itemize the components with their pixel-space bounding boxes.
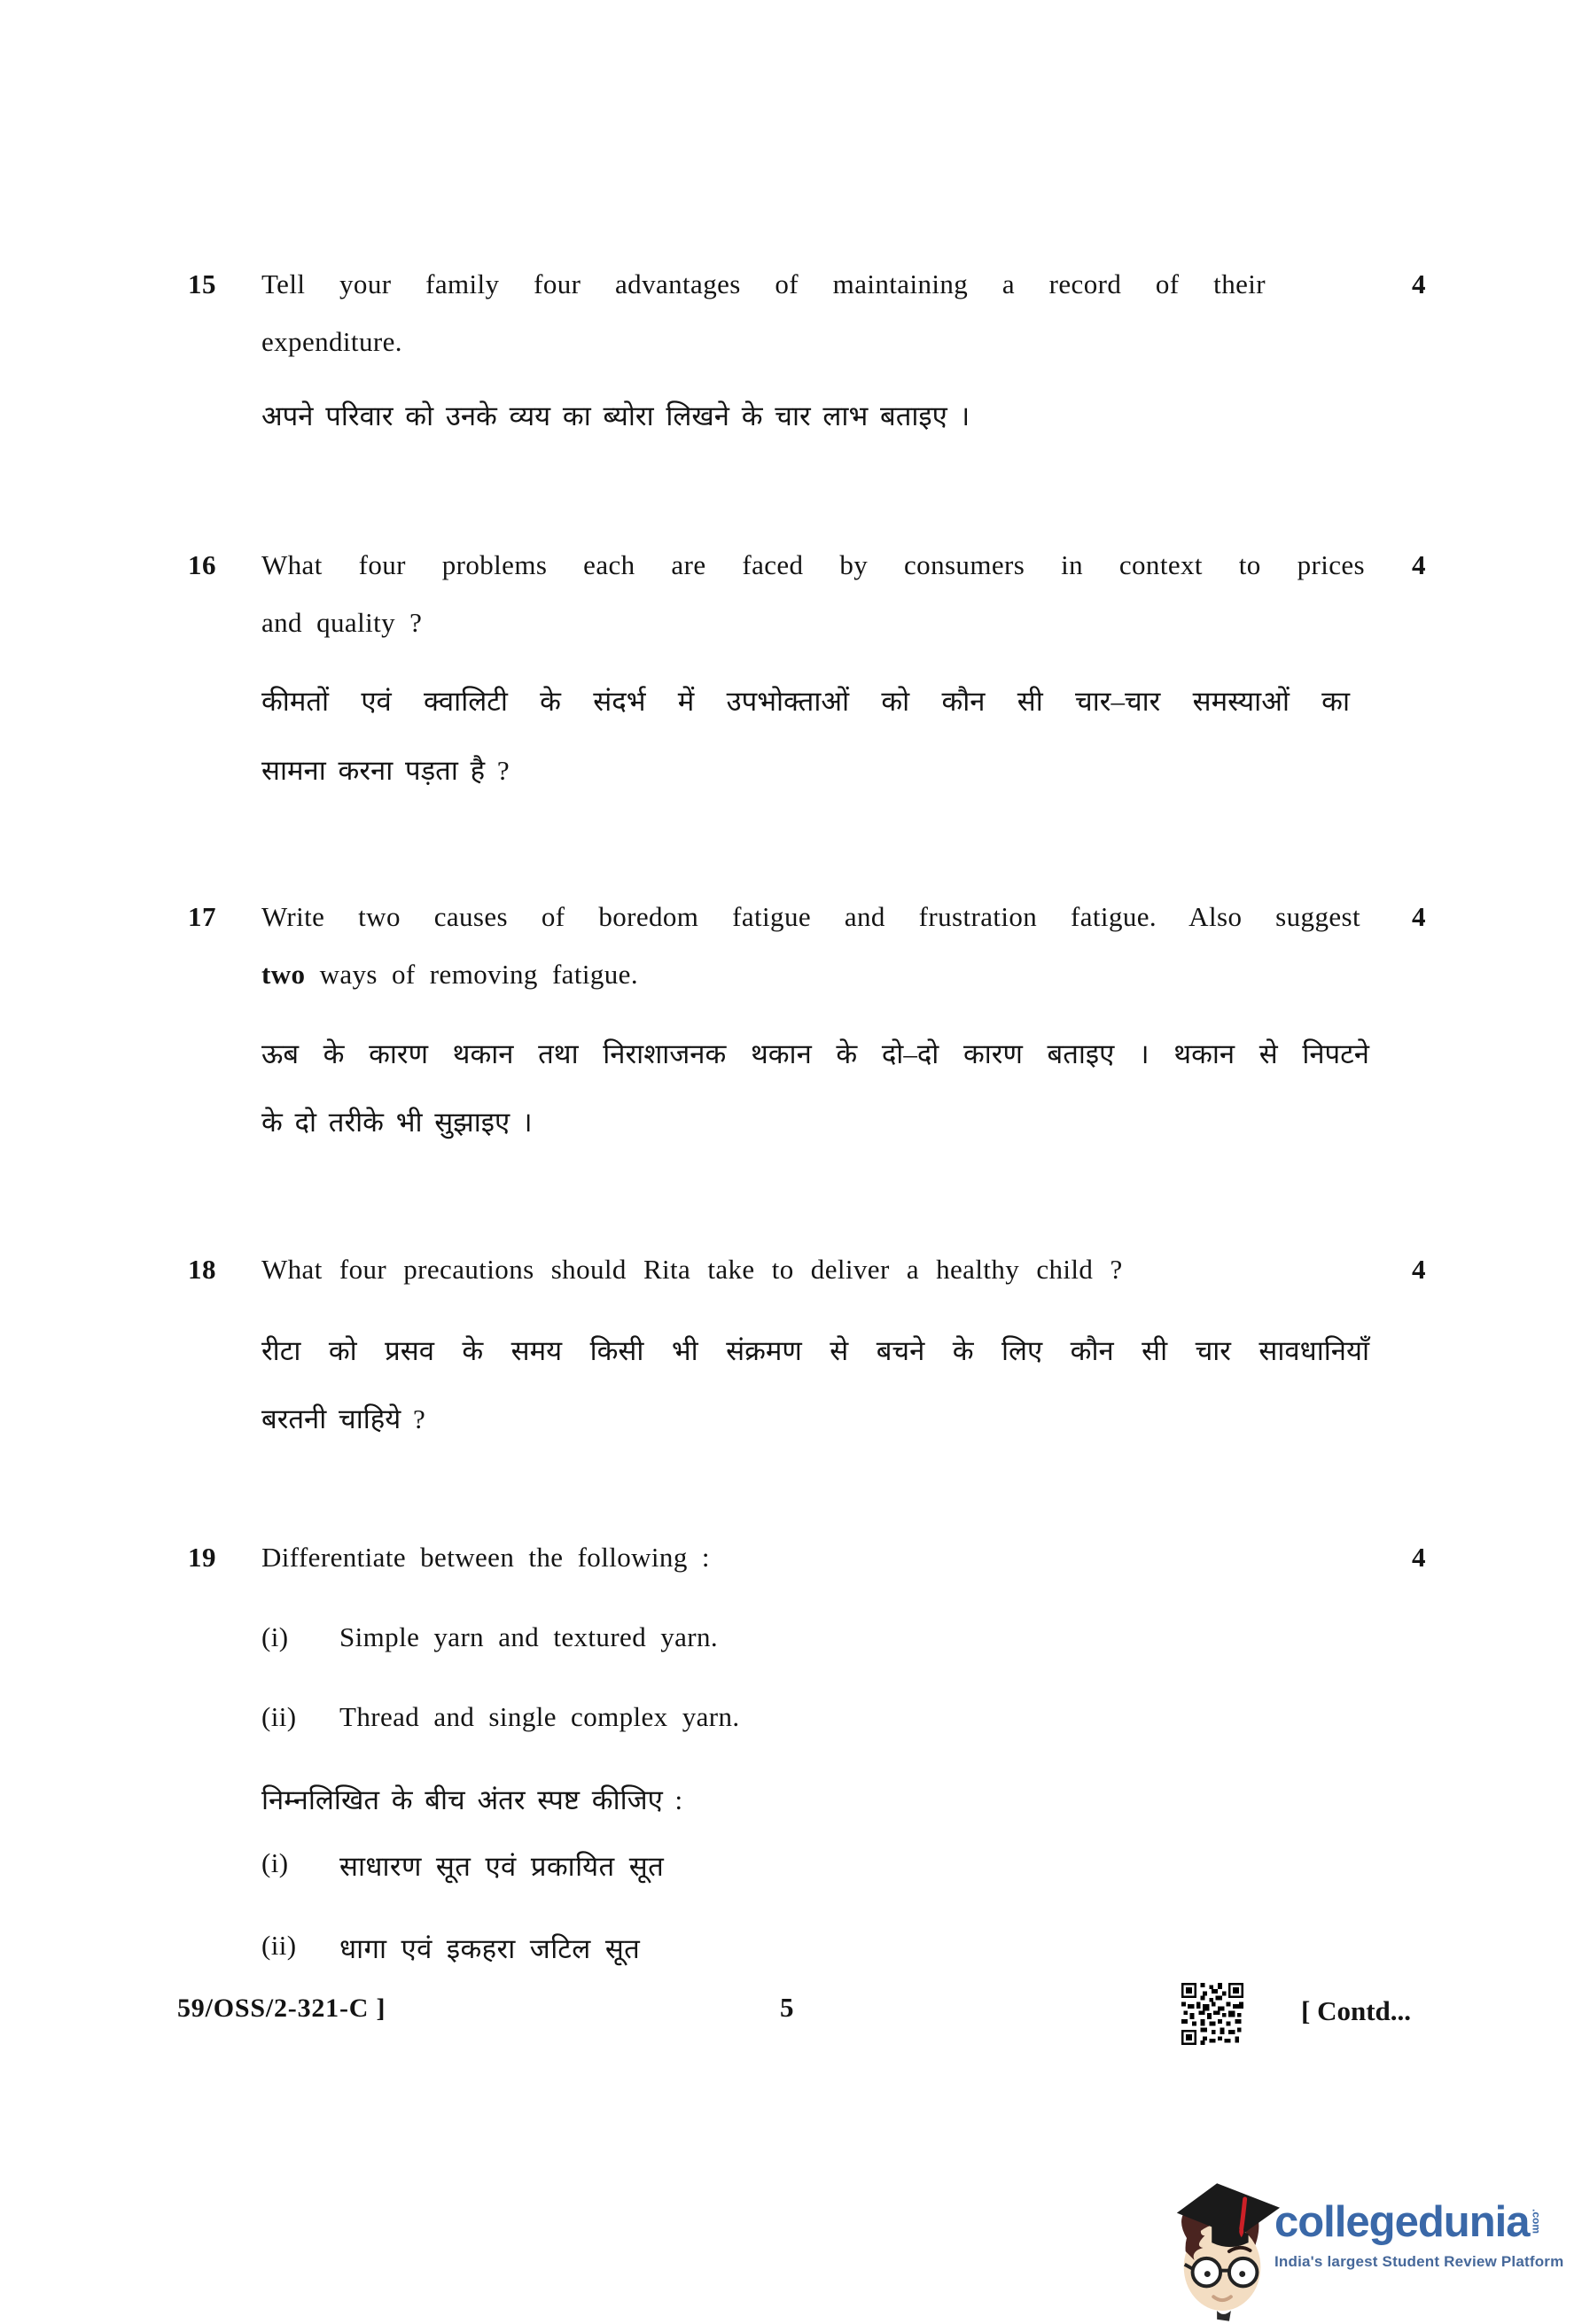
question-17-bold-word: two bbox=[261, 959, 305, 990]
question-19-hi-item-1-text: साधारण सूत एवं प्रकायित सूत bbox=[339, 1847, 664, 1885]
question-16-hi-line-2: सामना करना पड़ता है ? bbox=[261, 751, 510, 789]
question-18-marks: 4 bbox=[1412, 1254, 1426, 1286]
question-19-number: 19 bbox=[188, 1542, 216, 1574]
question-17-en-line-1: Write two causes of boredom fatigue and … bbox=[261, 901, 1360, 933]
question-17-hi-line-1: ऊब के कारण थकान तथा निराशाजनक थकान के दो… bbox=[261, 1035, 1369, 1072]
question-15-marks: 4 bbox=[1412, 268, 1426, 300]
question-paper-page: 15 Tell your family four advantages of m… bbox=[0, 0, 1582, 2324]
collegedunia-mascot-icon bbox=[1168, 2181, 1282, 2321]
question-17-hi-line-2: के दो तरीके भी सुझाइए । bbox=[261, 1103, 533, 1140]
paper-code: 59/OSS/2-321-C ] bbox=[177, 1994, 386, 2024]
question-19-en-item-1-label: (i) bbox=[261, 1621, 288, 1653]
question-18-hi-line-2: बरतनी चाहिये ? bbox=[261, 1400, 425, 1437]
collegedunia-tagline: India's largest Student Review Platform bbox=[1274, 2253, 1563, 2271]
collegedunia-tld: .com bbox=[1531, 2209, 1542, 2244]
question-19-en-heading: Differentiate between the following : bbox=[261, 1542, 710, 1574]
question-17-en-line-2: two ways of removing fatigue. bbox=[261, 959, 638, 991]
collegedunia-logo: collegedunia.com India's largest Student… bbox=[1168, 2181, 1582, 2324]
question-16-en-line-2: and quality ? bbox=[261, 607, 422, 639]
collegedunia-wordmark: collegedunia bbox=[1274, 2201, 1530, 2244]
question-18-en-line-1: What four precautions should Rita take t… bbox=[261, 1254, 1123, 1286]
question-19-en-item-1-text: Simple yarn and textured yarn. bbox=[339, 1621, 718, 1653]
question-15-hi-line-1: अपने परिवार को उनके व्यय का ब्योरा लिखने… bbox=[261, 397, 970, 434]
question-19-hi-item-2-text: धागा एवं इकहरा जटिल सूत bbox=[339, 1930, 640, 1967]
question-17-marks: 4 bbox=[1412, 901, 1426, 933]
question-18-hi-line-1: रीटा को प्रसव के समय किसी भी संक्रमण से … bbox=[261, 1332, 1369, 1369]
question-19-hi-heading: निम्नलिखित के बीच अंतर स्पष्ट कीजिए : bbox=[261, 1781, 682, 1818]
question-19-en-item-2-label: (ii) bbox=[261, 1701, 296, 1733]
qr-code-icon bbox=[1181, 1983, 1243, 2045]
question-15-en-line-1: Tell your family four advantages of main… bbox=[261, 268, 1266, 300]
question-17-en-line-2-rest: ways of removing fatigue. bbox=[305, 959, 638, 990]
question-16-number: 16 bbox=[188, 549, 216, 581]
page-number: 5 bbox=[780, 1992, 794, 2024]
question-19-hi-item-1-label: (i) bbox=[261, 1847, 288, 1879]
question-19-hi-item-2-label: (ii) bbox=[261, 1930, 296, 1962]
question-16-marks: 4 bbox=[1412, 549, 1426, 581]
question-15-number: 15 bbox=[188, 268, 216, 300]
question-16-hi-line-1: कीमतों एवं क्वालिटी के संदर्भ में उपभोक्… bbox=[261, 682, 1350, 719]
question-19-marks: 4 bbox=[1412, 1542, 1426, 1574]
collegedunia-text-block: collegedunia.com India's largest Student… bbox=[1274, 2201, 1563, 2271]
question-19-en-item-2-text: Thread and single complex yarn. bbox=[339, 1701, 740, 1733]
question-15-en-line-2: expenditure. bbox=[261, 326, 402, 358]
question-17-number: 17 bbox=[188, 901, 216, 933]
question-16-en-line-1: What four problems each are faced by con… bbox=[261, 549, 1365, 581]
question-18-number: 18 bbox=[188, 1254, 216, 1286]
contd-label: [ Contd... bbox=[1301, 1995, 1411, 2027]
